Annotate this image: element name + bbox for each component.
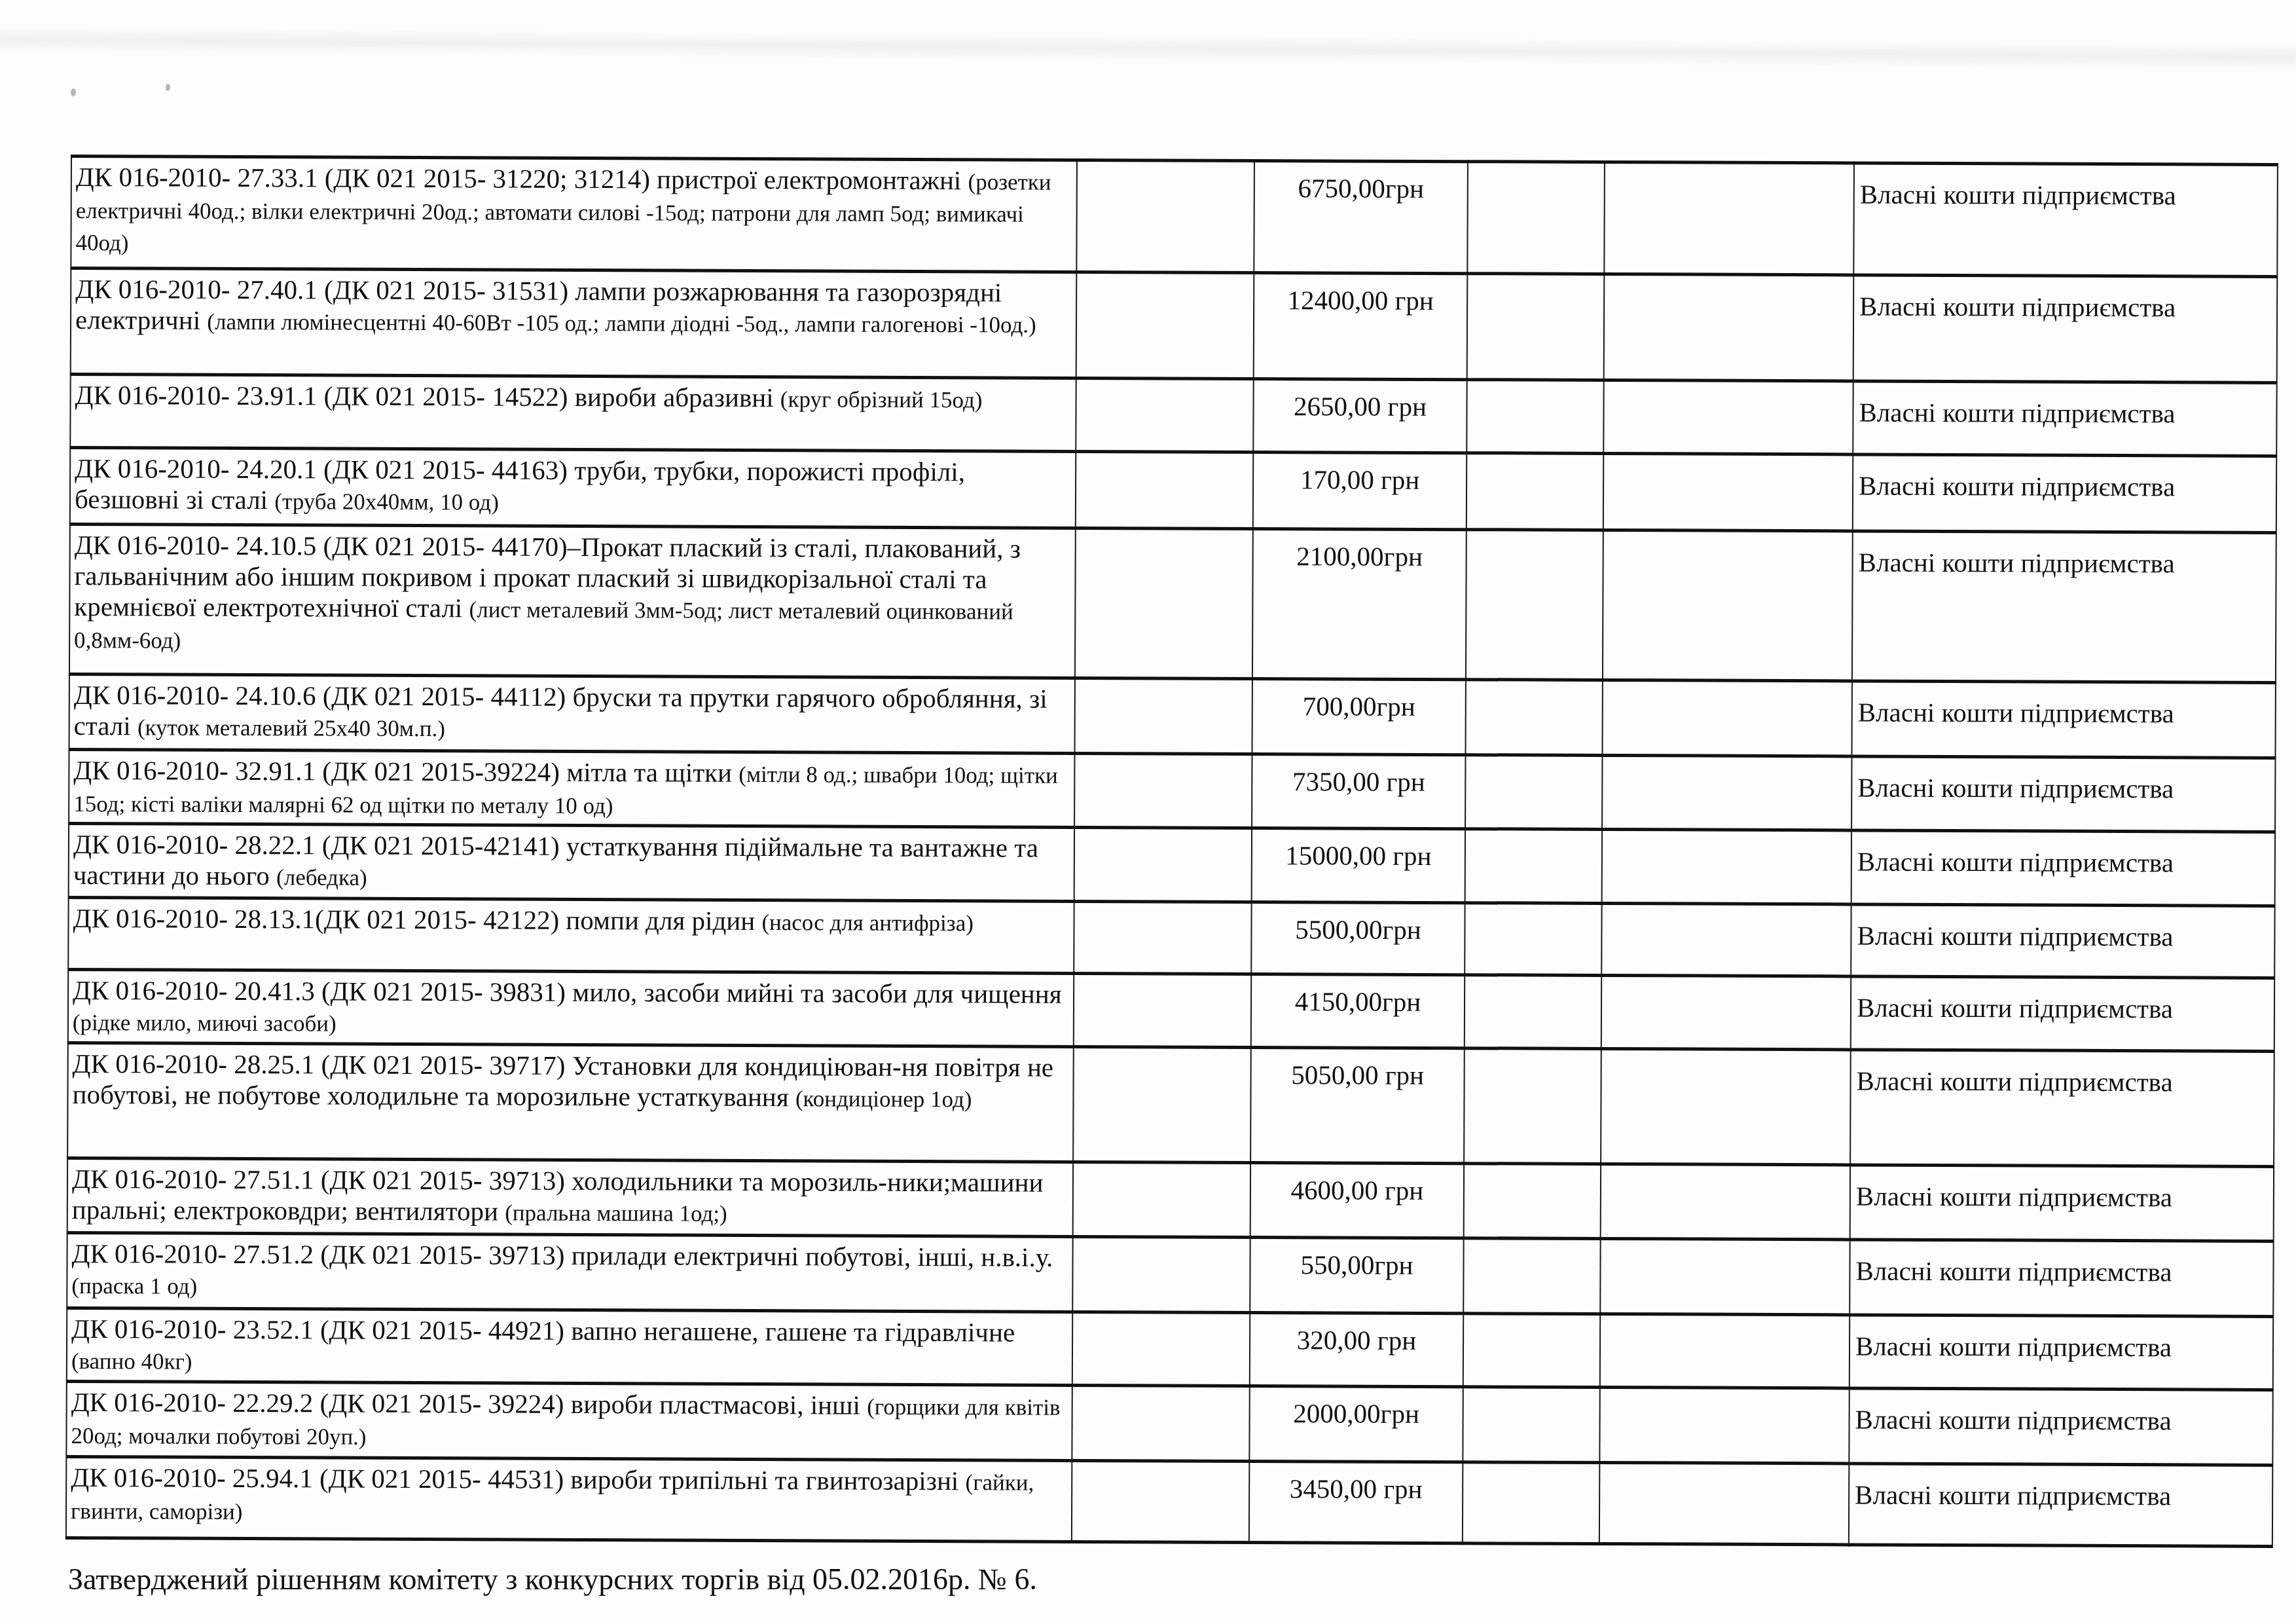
empty-cell-start-date — [1600, 1314, 1850, 1388]
procurement-plan-page: ДК 016-2010- 27.33.1 (ДК 021 2015- 31220… — [65, 155, 2277, 1548]
procurement-subject-cell: ДК 016-2010- 27.40.1 (ДК 021 2015- 31531… — [71, 268, 1077, 378]
amount-cell: 2650,00 грн — [1253, 378, 1467, 452]
procurement-subject-cell: ДК 016-2010- 23.91.1 (ДК 021 2015- 14522… — [70, 375, 1076, 452]
empty-cell-start-date — [1600, 1238, 1850, 1314]
table-row: ДК 016-2010- 28.13.1(ДК 021 2015- 42122)… — [68, 897, 2274, 978]
table-row: ДК 016-2010- 32.91.1 (ДК 021 2015-39224)… — [69, 749, 2275, 832]
table-row: ДК 016-2010- 28.25.1 (ДК 021 2015- 39717… — [67, 1043, 2274, 1166]
empty-cell-procedure — [1464, 1048, 1601, 1164]
subject-main: ДК 016-2010- 23.52.1 (ДК 021 2015- 44921… — [71, 1314, 1015, 1348]
empty-cell-procedure — [1465, 975, 1601, 1049]
amount-cell: 6750,00грн — [1254, 160, 1468, 273]
procurement-subject-cell: ДК 016-2010- 28.25.1 (ДК 021 2015- 39717… — [67, 1043, 1074, 1162]
subject-detail: (насос для антифріза) — [761, 910, 974, 936]
empty-cell-start-date — [1602, 755, 1851, 830]
scan-speck — [166, 84, 170, 91]
table-row: ДК 016-2010- 25.94.1 (ДК 021 2015- 44531… — [66, 1456, 2272, 1546]
scan-edge-shadow — [0, 26, 2296, 71]
empty-cell-start-date — [1603, 530, 1853, 680]
empty-cell-start-date — [1601, 975, 1851, 1049]
table-row: ДК 016-2010- 22.29.2 (ДК 021 2015- 39224… — [66, 1381, 2272, 1465]
empty-cell-procedure — [1467, 162, 1605, 274]
procurement-subject-cell: ДК 016-2010- 25.94.1 (ДК 021 2015- 44531… — [66, 1456, 1072, 1541]
table-row: ДК 016-2010- 28.22.1 (ДК 021 2015-42141)… — [69, 823, 2275, 906]
procurement-subject-cell: ДК 016-2010- 24.10.5 (ДК 021 2015- 44170… — [69, 524, 1076, 678]
procurement-subject-cell: ДК 016-2010- 28.22.1 (ДК 021 2015-42141)… — [69, 823, 1074, 901]
table-row: ДК 016-2010- 27.33.1 (ДК 021 2015- 31220… — [71, 157, 2278, 277]
empty-cell-code — [1072, 1460, 1249, 1542]
table-row: ДК 016-2010- 24.10.6 (ДК 021 2015- 44112… — [69, 674, 2276, 758]
approval-footer: Затверджений рішенням комітету з конкурс… — [68, 1562, 1037, 1597]
subject-detail: (пральна машина 1од;) — [505, 1200, 727, 1227]
empty-cell-procedure — [1467, 274, 1605, 380]
empty-cell-code — [1076, 451, 1253, 528]
funding-source-cell: Власні кошти підприємства — [1850, 1315, 2273, 1390]
subject-detail: (праска 1 од) — [71, 1273, 197, 1299]
empty-cell-start-date — [1599, 1387, 1849, 1463]
amount-cell: 4600,00 грн — [1250, 1162, 1464, 1238]
funding-source-cell: Власні кошти підприємства — [1851, 976, 2274, 1051]
table-row: ДК 016-2010- 24.20.1 (ДК 021 2015- 44163… — [70, 448, 2276, 533]
subject-main: ДК 016-2010- 28.22.1 (ДК 021 2015-42141)… — [73, 829, 1038, 891]
subject-main: ДК 016-2010- 25.94.1 (ДК 021 2015- 44531… — [71, 1462, 958, 1496]
empty-cell-start-date — [1601, 903, 1851, 976]
empty-cell-procedure — [1465, 680, 1602, 756]
subject-main: ДК 016-2010- 24.20.1 (ДК 021 2015- 44163… — [75, 453, 965, 515]
table-row: ДК 016-2010- 20.41.3 (ДК 021 2015- 39831… — [68, 969, 2274, 1051]
subject-detail: (труба 20х40мм, 10 од) — [274, 489, 499, 515]
table-row: ДК 016-2010- 27.51.2 (ДК 021 2015- 39713… — [67, 1232, 2273, 1316]
subject-detail: (кондиціонер 1од) — [795, 1086, 972, 1112]
subject-main: ДК 016-2010- 22.29.2 (ДК 021 2015- 39224… — [71, 1387, 860, 1420]
scan-speck — [71, 88, 76, 96]
procurement-subject-cell: ДК 016-2010- 27.51.1 (ДК 021 2015- 39713… — [67, 1158, 1073, 1236]
subject-detail: (лебедка) — [276, 864, 367, 891]
procurement-subject-cell: ДК 016-2010- 20.41.3 (ДК 021 2015- 39831… — [68, 969, 1074, 1046]
procurement-subject-cell: ДК 016-2010- 28.13.1(ДК 021 2015- 42122)… — [68, 897, 1074, 973]
empty-cell-code — [1072, 1312, 1250, 1386]
empty-cell-code — [1073, 1046, 1251, 1162]
empty-cell-procedure — [1463, 1238, 1600, 1314]
amount-cell: 5500,00грн — [1251, 902, 1465, 974]
funding-source-cell: Власні кошти підприємства — [1851, 830, 2275, 906]
empty-cell-procedure — [1464, 1164, 1601, 1239]
procurement-subject-cell: ДК 016-2010- 24.20.1 (ДК 021 2015- 44163… — [70, 448, 1076, 528]
amount-cell: 2100,00грн — [1252, 528, 1467, 679]
subject-main: ДК 016-2010- 20.41.3 (ДК 021 2015- 39831… — [73, 975, 1062, 1009]
table-row: ДК 016-2010- 23.91.1 (ДК 021 2015- 14522… — [70, 375, 2276, 456]
procurement-plan-table: ДК 016-2010- 27.33.1 (ДК 021 2015- 31220… — [65, 155, 2278, 1548]
empty-cell-procedure — [1465, 829, 1602, 904]
funding-source-cell: Власні кошти підприємства — [1853, 454, 2276, 532]
subject-detail: (рідке мило, миючі засоби) — [73, 1010, 337, 1037]
subject-detail: (вапно 40кг) — [71, 1348, 192, 1375]
empty-cell-code — [1075, 528, 1253, 678]
empty-cell-start-date — [1601, 1048, 1851, 1164]
procurement-subject-cell: ДК 016-2010- 27.33.1 (ДК 021 2015- 31220… — [71, 157, 1077, 272]
empty-cell-start-date — [1602, 829, 1851, 904]
amount-cell: 320,00 грн — [1250, 1312, 1463, 1386]
amount-cell: 550,00грн — [1250, 1237, 1463, 1313]
empty-cell-code — [1076, 272, 1254, 378]
empty-cell-start-date — [1599, 1462, 1849, 1544]
procurement-subject-cell: ДК 016-2010- 24.10.6 (ДК 021 2015- 44112… — [69, 674, 1075, 753]
empty-cell-start-date — [1603, 380, 1853, 454]
amount-cell: 2000,00грн — [1249, 1386, 1463, 1462]
subject-main: ДК 016-2010- 23.91.1 (ДК 021 2015- 14522… — [75, 380, 774, 413]
subject-main: ДК 016-2010- 28.13.1(ДК 021 2015- 42122)… — [73, 903, 755, 936]
subject-detail: (лампи люмінесцентні 40-60Вт -105 од.; л… — [207, 309, 1036, 338]
procurement-subject-cell: ДК 016-2010- 27.51.2 (ДК 021 2015- 39713… — [67, 1232, 1072, 1312]
empty-cell-code — [1074, 753, 1252, 828]
funding-source-cell: Власні кошти підприємства — [1850, 1165, 2274, 1241]
funding-source-cell: Власні кошти підприємства — [1851, 904, 2274, 978]
funding-source-cell: Власні кошти підприємства — [1850, 1050, 2274, 1166]
funding-source-cell: Власні кошти підприємства — [1853, 275, 2278, 382]
empty-cell-code — [1074, 973, 1251, 1047]
funding-source-cell: Власні кошти підприємства — [1849, 1464, 2272, 1546]
subject-detail: (круг обрізний 15од) — [780, 386, 983, 413]
empty-cell-code — [1075, 678, 1252, 754]
empty-cell-procedure — [1463, 1462, 1599, 1544]
subject-main: ДК 016-2010- 27.33.1 (ДК 021 2015- 31220… — [76, 162, 962, 195]
table-row: ДК 016-2010- 27.51.1 (ДК 021 2015- 39713… — [67, 1158, 2274, 1241]
funding-source-cell: Власні кошти підприємства — [1851, 681, 2275, 758]
empty-cell-procedure — [1466, 530, 1603, 680]
procurement-subject-cell: ДК 016-2010- 32.91.1 (ДК 021 2015-39224)… — [69, 749, 1074, 827]
table-row: ДК 016-2010- 23.52.1 (ДК 021 2015- 44921… — [67, 1308, 2273, 1390]
amount-cell: 12400,00 грн — [1254, 272, 1468, 379]
empty-cell-procedure — [1467, 453, 1603, 530]
empty-cell-code — [1072, 1236, 1250, 1312]
funding-source-cell: Власні кошти підприємства — [1851, 756, 2275, 832]
subject-main: ДК 016-2010- 32.91.1 (ДК 021 2015-39224)… — [73, 755, 732, 788]
empty-cell-code — [1074, 901, 1251, 974]
procurement-subject-cell: ДК 016-2010- 23.52.1 (ДК 021 2015- 44921… — [67, 1308, 1072, 1385]
empty-cell-code — [1076, 378, 1253, 452]
amount-cell: 4150,00грн — [1251, 974, 1465, 1048]
amount-cell: 170,00 грн — [1253, 452, 1467, 529]
empty-cell-start-date — [1603, 453, 1853, 530]
empty-cell-procedure — [1465, 755, 1602, 830]
funding-source-cell: Власні кошти підприємства — [1849, 1388, 2272, 1465]
amount-cell: 3450,00 грн — [1249, 1461, 1463, 1543]
funding-source-cell: Власні кошти підприємства — [1852, 531, 2276, 682]
empty-cell-start-date — [1601, 1164, 1850, 1239]
empty-cell-start-date — [1602, 680, 1851, 756]
funding-source-cell: Власні кошти підприємства — [1853, 163, 2278, 276]
table-body: ДК 016-2010- 27.33.1 (ДК 021 2015- 31220… — [66, 157, 2278, 1547]
funding-source-cell: Власні кошти підприємства — [1853, 381, 2276, 456]
procurement-subject-cell: ДК 016-2010- 22.29.2 (ДК 021 2015- 39224… — [66, 1381, 1072, 1460]
empty-cell-code — [1076, 160, 1254, 272]
amount-cell: 700,00грн — [1252, 678, 1465, 754]
empty-cell-procedure — [1463, 1314, 1600, 1388]
subject-main: ДК 016-2010- 27.51.2 (ДК 021 2015- 39713… — [71, 1238, 1053, 1272]
amount-cell: 15000,00 грн — [1252, 828, 1465, 902]
amount-cell: 7350,00 грн — [1252, 754, 1465, 828]
amount-cell: 5050,00 грн — [1250, 1047, 1465, 1163]
table-row: ДК 016-2010- 24.10.5 (ДК 021 2015- 44170… — [69, 524, 2276, 682]
empty-cell-code — [1072, 1385, 1249, 1461]
empty-cell-code — [1073, 1162, 1250, 1237]
empty-cell-procedure — [1463, 1387, 1599, 1463]
empty-cell-procedure — [1467, 380, 1603, 454]
funding-source-cell: Власні кошти підприємства — [1850, 1240, 2273, 1316]
table-row: ДК 016-2010- 27.40.1 (ДК 021 2015- 31531… — [71, 268, 2278, 383]
subject-detail: (куток металевий 25х40 30м.п.) — [137, 714, 445, 741]
empty-cell-code — [1074, 827, 1252, 902]
empty-cell-procedure — [1465, 903, 1601, 976]
empty-cell-start-date — [1604, 162, 1854, 274]
empty-cell-start-date — [1604, 274, 1854, 380]
